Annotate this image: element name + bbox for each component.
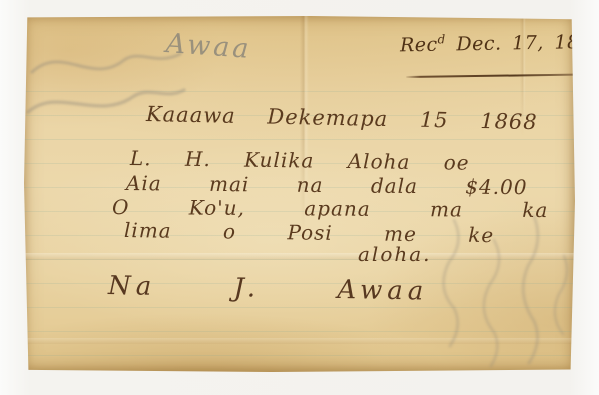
letter-dateline: Kaaawa Dekemapa 15 1868 <box>146 102 538 134</box>
received-date: Dec. 17, 1868, <box>446 31 599 56</box>
horizontal-crease-lower <box>24 338 575 344</box>
received-date-note: Recd Dec. 17, 1868, <box>400 29 599 56</box>
received-underline <box>406 73 587 78</box>
letter-body-line-1: L. H. Kulika Aloha oe <box>130 146 470 175</box>
pencil-annotation: Awaa <box>165 28 253 65</box>
received-prefix: Rec <box>400 34 438 57</box>
letter-body-line-4: lima o Posi me ke <box>124 218 495 247</box>
horizontal-crease <box>24 253 575 260</box>
letter-paper: Awaa Recd Dec. 17, 1868, Kaaawa Dekemapa… <box>24 16 575 372</box>
received-superscript: d <box>437 32 445 46</box>
scan-background: Awaa Recd Dec. 17, 1868, Kaaawa Dekemapa… <box>0 0 599 395</box>
signature: Na J. Awaa <box>108 271 429 307</box>
letter-body-line-5: aloha. <box>358 242 432 266</box>
